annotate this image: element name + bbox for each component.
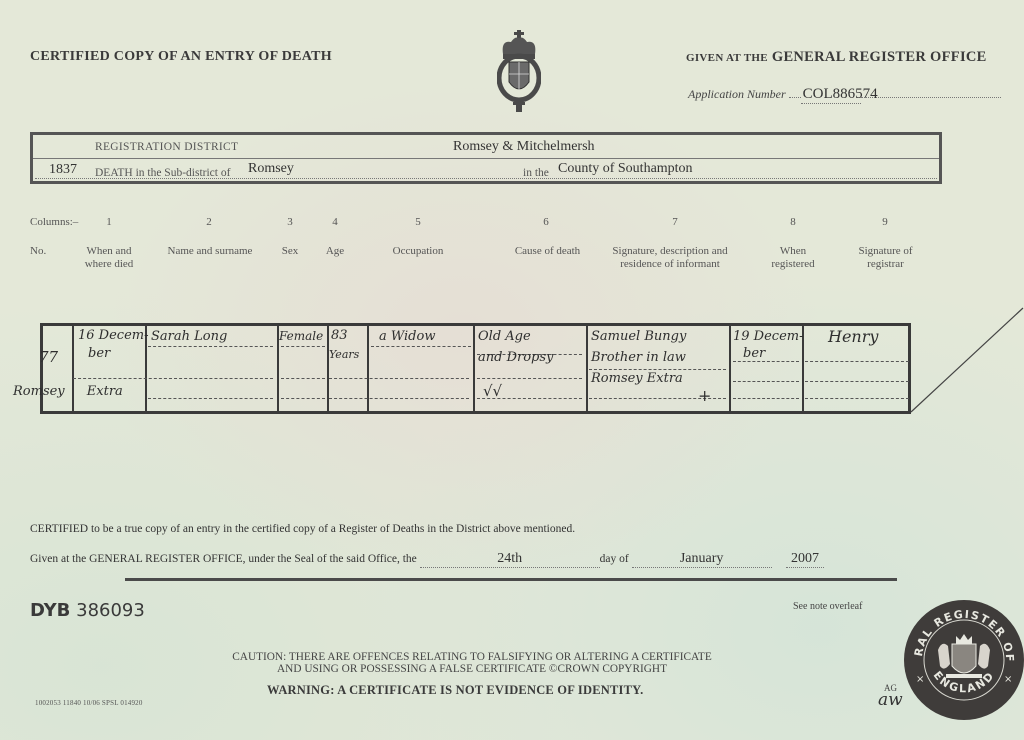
print-code: 1002053 11840 10/06 SPSL 014920 [35, 699, 143, 707]
certification-month: January [632, 554, 772, 568]
entry-when-died-line2: ber [88, 346, 110, 361]
county-value: County of Southampton [558, 161, 693, 177]
column-number-1: 1 [104, 216, 114, 228]
death-entry-row: 77 16 Decem- ber Romsey Extra Sarah Long… [40, 323, 911, 414]
entry-where-died: Romsey Extra [13, 384, 123, 399]
column-number-6: 6 [541, 216, 551, 228]
registration-district-box: REGISTRATION DISTRICT Romsey & Mitchelme… [30, 132, 942, 184]
entry-occupation: a Widow [379, 329, 435, 344]
column-header-occupation: Occupation [383, 245, 453, 258]
entry-informant-name: Samuel Bungy [591, 329, 686, 344]
given-at-statement: Given at the GENERAL REGISTER OFFICE, un… [30, 553, 824, 568]
certification-day: 24th [420, 554, 600, 568]
identity-warning: WARNING: A CERTIFICATE IS NOT EVIDENCE O… [267, 683, 644, 698]
royal-crest-icon [497, 30, 541, 114]
issuer-signature: aw [878, 690, 903, 710]
entry-informant-residence: Romsey Extra [591, 371, 683, 386]
certificate-serial: DYB 386093 [30, 600, 145, 621]
registration-district-label: REGISTRATION DISTRICT [95, 141, 238, 153]
entry-when-died-line1: 16 Decem- [78, 328, 148, 343]
column-header-when-registered: When registered [763, 245, 823, 271]
caution-line-2: AND USING OR POSSESSING A FALSE CERTIFIC… [217, 663, 727, 675]
application-number-label: Application Number [688, 87, 786, 101]
column-header-age: Age [320, 245, 350, 258]
registration-district-value: Romsey & Mitchelmersh [453, 139, 595, 155]
subdistrict-value: Romsey [248, 161, 294, 177]
caution-notice: CAUTION: THERE ARE OFFENCES RELATING TO … [217, 651, 727, 675]
general-register-office-seal-icon: GENERAL REGISTER OFFICE ENGLAND × × [902, 598, 1024, 722]
entry-informant-description: Brother in law [591, 350, 686, 365]
document-title: CERTIFIED COPY OF AN ENTRY OF DEATH [30, 49, 332, 65]
entry-number: 77 [39, 348, 58, 366]
entry-name: Sarah Long [151, 329, 227, 344]
given-at-heading: GIVEN AT THE GENERAL REGISTER OFFICE [686, 48, 987, 66]
serial-number: 386093 [76, 600, 145, 621]
column-number-9: 9 [880, 216, 890, 228]
day-of-label: day of [600, 553, 629, 565]
given-at-office: GENERAL REGISTER OFFICE [772, 49, 987, 65]
column-header-name: Name and surname [160, 245, 260, 258]
certification-year: 2007 [786, 554, 824, 568]
column-number-5: 5 [413, 216, 423, 228]
column-header-cause: Cause of death [505, 245, 590, 258]
see-note-overleaf: See note overleaf [793, 601, 862, 612]
entry-cause-mark: √√ [483, 382, 502, 400]
diagonal-strike-line [910, 300, 1024, 413]
svg-text:×: × [1004, 674, 1012, 685]
entry-cause-line2: and Dropsy [478, 350, 553, 365]
entry-age-unit: Years [329, 348, 359, 361]
signature-rule [125, 578, 897, 581]
column-number-4: 4 [330, 216, 340, 228]
register-year: 1837 [49, 162, 77, 178]
svg-text:×: × [916, 674, 924, 685]
application-number-field: Application Number COL886574 [688, 86, 1001, 104]
column-header-registrar: Signature of registrar [848, 245, 923, 271]
certification-statement: CERTIFIED to be a true copy of an entry … [30, 523, 575, 535]
columns-prefix: Columns:– [30, 216, 78, 228]
serial-prefix: DYB [30, 600, 70, 621]
column-header-when-where: When and where died [80, 245, 138, 271]
column-number-3: 3 [285, 216, 295, 228]
column-number-2: 2 [204, 216, 214, 228]
entry-sex: Female [279, 329, 323, 343]
given-at-small: GIVEN AT THE [686, 52, 768, 64]
column-number-8: 8 [788, 216, 798, 228]
caution-line-1: CAUTION: THERE ARE OFFENCES RELATING TO … [217, 651, 727, 663]
column-number-7: 7 [670, 216, 680, 228]
entry-cause-line1: Old Age [478, 329, 531, 344]
given-at-prefix: Given at the GENERAL REGISTER OFFICE, un… [30, 553, 417, 565]
column-header-no: No. [30, 245, 46, 258]
application-number-value: COL886574 [801, 86, 861, 104]
column-header-sex: Sex [275, 245, 305, 258]
entry-registrar-signature: Henry [828, 327, 878, 346]
entry-age: 83 [331, 328, 348, 343]
entry-informant-mark: + [698, 386, 711, 405]
entry-when-registered-line1: 19 Decem- [733, 329, 803, 344]
column-header-informant: Signature, description and residence of … [600, 245, 740, 271]
entry-when-registered-line2: ber [743, 346, 765, 361]
